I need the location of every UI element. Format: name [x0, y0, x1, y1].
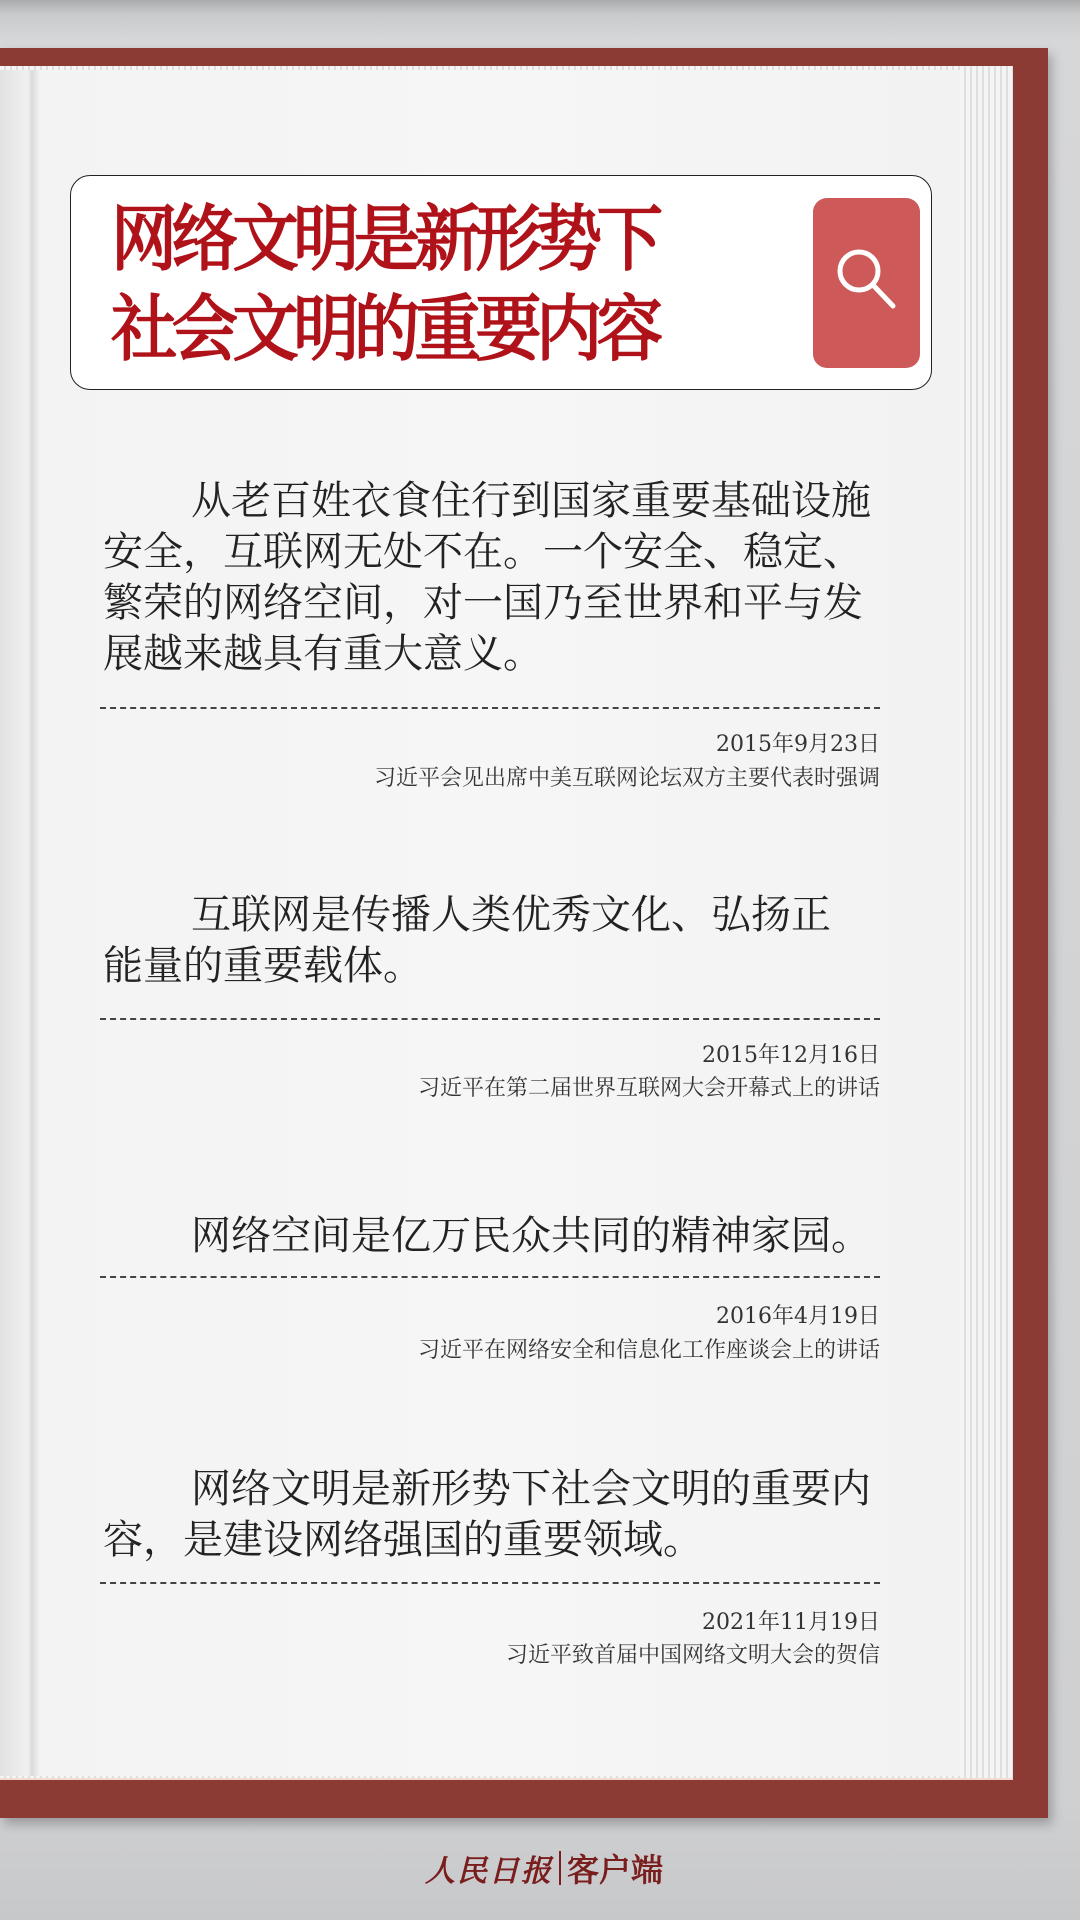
search-button[interactable] — [813, 198, 920, 368]
divider — [100, 1018, 880, 1020]
quote-4-source: 习近平致首届中国网络文明大会的贺信 — [506, 1638, 880, 1669]
title-line-2: 社会文明的重要内容 — [111, 287, 657, 371]
page-title: 网络文明是新形势下 社会文明的重要内容 — [111, 194, 657, 374]
logo-client: 客户端 — [567, 1845, 663, 1891]
quote-1-source: 习近平会见出席中美互联网论坛双方主要代表时强调 — [374, 761, 880, 792]
divider — [100, 1582, 880, 1584]
divider — [100, 707, 880, 709]
quote-2-date: 2015年12月16日 — [702, 1038, 880, 1069]
logo-separator — [559, 1851, 561, 1885]
quote-3-source: 习近平在网络安全和信息化工作座谈会上的讲话 — [418, 1333, 880, 1364]
divider — [100, 1276, 880, 1278]
quote-4: 网络文明是新形势下社会文明的重要内 容，是建设网络强国的重要领域。 — [103, 1464, 879, 1566]
quote-3: 网络空间是亿万民众共同的精神家园。 — [103, 1211, 879, 1262]
quote-3-date: 2016年4月19日 — [716, 1299, 880, 1330]
title-line-1: 网络文明是新形势下 — [111, 197, 657, 281]
quote-4-date: 2021年11月19日 — [702, 1605, 880, 1636]
search-bar-banner: 网络文明是新形势下 社会文明的重要内容 — [70, 175, 932, 390]
logo-brand: 人民日报 — [425, 1846, 553, 1890]
quote-2-source: 习近平在第二届世界互联网大会开幕式上的讲话 — [418, 1071, 880, 1102]
quote-1: 从老百姓衣食住行到国家重要基础设施 安全，互联网无处不在。一个安全、稳定、 繁荣… — [103, 476, 879, 680]
quote-2: 互联网是传播人类优秀文化、弘扬正 能量的重要载体。 — [103, 890, 879, 992]
peoples-daily-logo: 人民日报 客户端 — [425, 1846, 663, 1890]
quote-1-date: 2015年9月23日 — [716, 727, 880, 758]
search-icon — [831, 244, 903, 316]
